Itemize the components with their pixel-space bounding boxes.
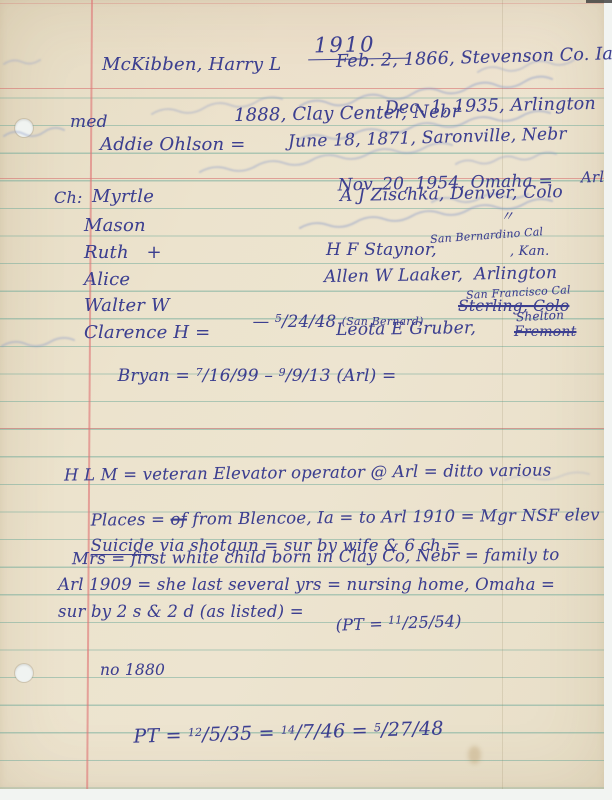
- bryan-death-rest: /9/13 (Arl) =: [286, 366, 397, 386]
- ruth-place-orig: , Kan.: [510, 245, 549, 258]
- note-no-1880: no 1880: [100, 663, 165, 679]
- child-name-ruth: Ruth +: [84, 244, 162, 262]
- pt-date2-rest: /7/46: [295, 720, 346, 743]
- pt-label: PT =: [133, 724, 188, 747]
- child-spouse-alice: Allen W Laaker, Arlington: [324, 265, 557, 286]
- child-name-alice: Alice: [84, 271, 130, 289]
- note-pt-1954: (PT = 11/25/54): [303, 597, 462, 650]
- pt54-month: 11: [388, 613, 403, 626]
- child-spouse-myrtle: A J Zischka, Denver, Colo: [340, 184, 563, 205]
- child-spouse-ruth: H F Staynor,: [326, 242, 437, 259]
- bryan-birth-rest: /16/99 –: [203, 366, 279, 386]
- pt-sep1: =: [252, 722, 281, 745]
- pt-date1-rest: /5/35: [202, 722, 253, 745]
- pt54-rest: /25/54): [402, 611, 462, 632]
- pt54-pre: (PT =: [335, 614, 388, 635]
- bryan-name: Bryan =: [118, 366, 196, 386]
- head-name: McKibben, Harry L: [102, 56, 281, 74]
- child-name-walter: Walter W: [84, 297, 170, 315]
- scanned-document: 1910 McKibben, Harry L Feb. 2, 1866, Ste…: [0, 0, 612, 800]
- child-name-mason: Mason: [84, 217, 146, 235]
- walter-death-date: /24/48: [282, 312, 342, 331]
- walter-death-month: 5: [275, 312, 282, 325]
- note-mrs: Mrs = first white child born in Clay Co,…: [72, 547, 560, 568]
- note-survivors: sur by 2 s & 2 d (as listed) =: [58, 604, 304, 621]
- spouse-name: Addie Ohlson =: [100, 136, 246, 154]
- married-label: med: [70, 114, 108, 131]
- child-spouse-clarence: Leota E Gruber,: [336, 320, 476, 339]
- pt-dates-line: PT = 12/5/35 = 14/7/46 = 5/27/48: [95, 700, 444, 766]
- bryan-death-month: 9: [279, 366, 286, 379]
- pt-date3-month: 5: [374, 721, 382, 734]
- walter-dash: —: [253, 312, 275, 331]
- bryan-birth-month: 7: [196, 366, 203, 379]
- pt-date2-month: 14: [281, 723, 296, 736]
- pt-date3-rest: /27/48: [381, 717, 444, 741]
- ledger-page: 1910 McKibben, Harry L Feb. 2, 1866, Ste…: [0, 0, 604, 789]
- child-name-myrtle: Myrtle: [92, 188, 154, 206]
- pt-sep2: =: [345, 719, 374, 742]
- clarence-place-added: Shelton: [516, 309, 565, 323]
- ditto-mark: 〃: [500, 210, 514, 224]
- note-arl1909: Arl 1909 = she last several yrs = nursin…: [58, 577, 555, 594]
- child-name-clarence: Clarence H =: [84, 324, 210, 342]
- spouse-death-note: Arl: [581, 168, 605, 186]
- pt-date1-month: 12: [188, 726, 203, 739]
- children-label: Ch:: [54, 190, 83, 206]
- child-bryan-dates: Bryan = 7/16/99 – 9/9/13 (Arl) =: [84, 351, 397, 402]
- married-info: 1888, Clay Center, Nebr: [234, 103, 461, 125]
- clarence-place-struck: Fremont: [514, 325, 576, 339]
